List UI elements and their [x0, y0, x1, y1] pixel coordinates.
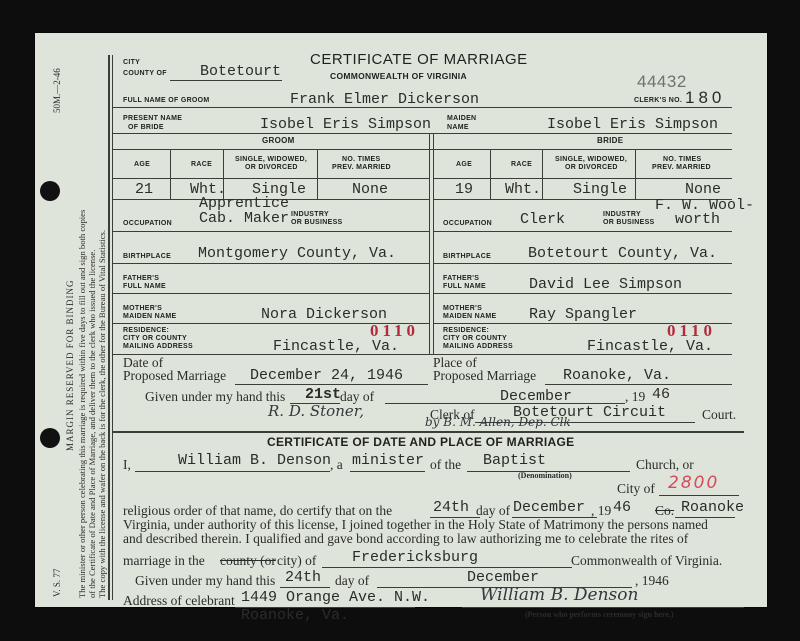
celebrant-name: William B. Denson [178, 452, 331, 469]
celebrant-signature: William B. Denson [480, 585, 638, 605]
groom-name-rule [112, 107, 732, 108]
bride-race-header: Race [511, 161, 532, 169]
county-label: County of [123, 70, 167, 78]
bride-father: David Lee Simpson [529, 276, 682, 293]
groom-industry-label-2: or Business [291, 219, 343, 227]
city-code: 2800 [668, 473, 719, 493]
bride-age-header: Age [456, 161, 472, 169]
groom-father-rule [112, 293, 429, 294]
bride-residence-label-2: City or County [443, 335, 507, 343]
ceremony-day: 24th [433, 499, 469, 516]
bride-mother: Ray Spangler [529, 306, 637, 323]
bride-father-label-2: Full Name [443, 283, 486, 291]
city-of-label: City of [617, 481, 655, 497]
bride-header-rule [433, 178, 732, 179]
bride-status-header: Single, Widowed, [555, 156, 627, 164]
bride-present-name: Isobel Eris Simpson [260, 116, 431, 133]
bride-residence-label: Residence: [443, 327, 489, 335]
bride-occupation-rule [433, 231, 732, 232]
margin-rule-inner [112, 55, 113, 600]
groom-col-1 [170, 149, 171, 199]
celebrant-title: minister [352, 452, 424, 469]
ceremony-title: Certificate of Date and Place of Marriag… [267, 435, 574, 449]
city-label: City [123, 59, 140, 67]
bride-occupation: Clerk [520, 211, 565, 228]
city-code-rule [659, 495, 739, 496]
groom-col-3 [317, 149, 318, 199]
groom-father-label-2: Full Name [123, 283, 166, 291]
binding-hole-top [40, 181, 60, 201]
commonwealth-label: Commonwealth of Virginia. [571, 553, 722, 569]
present-name-label-2: of Bride [128, 124, 164, 132]
bride-times-married: None [685, 181, 721, 198]
groom-times-header-2: Prev. Married [332, 164, 391, 172]
ceremony-given-prefix: Given under my hand this [135, 573, 275, 589]
center-divider [429, 133, 430, 355]
groom-age-header: Age [134, 161, 150, 169]
certificate-title: Certificate of Marriage [310, 51, 528, 68]
marriage-place: Fredericksburg [352, 549, 478, 566]
bride-industry-line2: worth [675, 211, 720, 228]
i-label: I, [123, 457, 131, 473]
groom-age: 21 [135, 181, 153, 198]
county-underline [170, 80, 282, 81]
clerks-no-value: 180 [685, 88, 725, 108]
bride-occupation-label: Occupation [443, 220, 492, 228]
of-the-label: of the [430, 457, 461, 473]
section-rule [112, 149, 732, 150]
county-or-strike: county (or [220, 553, 276, 569]
groom-residence-label: Residence: [123, 327, 169, 335]
bride-maiden-name: Isobel Eris Simpson [547, 116, 718, 133]
address-line-1: 1449 Orange Ave. N.W. [241, 589, 430, 606]
court-label: Court. [702, 407, 736, 423]
bride-age: 19 [455, 181, 473, 198]
given-day: 21st [305, 386, 341, 403]
center-divider-2 [433, 133, 434, 355]
bride-status-header-2: or Divorced [565, 164, 618, 172]
given-year-prefix: , 19 [625, 389, 645, 405]
date-rule [235, 384, 428, 385]
date-label-2: Proposed Marriage [123, 368, 226, 384]
given-month: December [500, 388, 572, 405]
deputy-signature: by B. M. Allen, Dep. Clk [425, 415, 571, 429]
bride-section-label: Bride [597, 137, 623, 145]
address-line-2: Roanoke, Va. [241, 607, 349, 624]
maiden-name-label-2: Name [447, 124, 469, 132]
ceremony-given-day: 24th [285, 569, 321, 586]
marriage-in-label: marriage in the [123, 553, 205, 569]
bride-mother-label-2: Maiden Name [443, 313, 496, 321]
groom-times-married: None [352, 181, 388, 198]
present-name-label: Present Name [123, 115, 182, 123]
groom-name-label: Full Name of Groom [123, 97, 210, 105]
maiden-name-label: Maiden [447, 115, 476, 123]
state-file-number: 44432 [637, 72, 687, 92]
proposed-date: December 24, 1946 [250, 367, 403, 384]
denomination: Baptist [483, 452, 546, 469]
a-label: , a [330, 457, 343, 473]
bride-times-header: No. Times [663, 156, 701, 164]
ceremony-year: 46 [613, 499, 631, 516]
given-prefix: Given under my hand this [145, 389, 285, 405]
bride-times-header-2: Prev. Married [652, 164, 711, 172]
ceremony-given-day-rule [280, 587, 330, 588]
groom-mother: Nora Dickerson [261, 306, 387, 323]
denomination-caption: (Denomination) [518, 471, 572, 480]
marriage-certificate: 50M.—2-46 V. S. 77 MARGIN RESERVED FOR B… [35, 33, 767, 607]
place-rule [545, 384, 732, 385]
form-code: 50M.—2-46 [52, 68, 62, 113]
bride-birthplace-label: Birthplace [443, 253, 491, 261]
binding-note: MARGIN RESERVED FOR BINDING [65, 279, 75, 451]
bride-col-2 [542, 149, 543, 199]
bride-industry-label: Industry [603, 211, 641, 219]
groom-full-name: Frank Elmer Dickerson [290, 91, 479, 108]
clerks-no-label: Clerk's No. [634, 97, 682, 105]
city-of-label-2: city) of [277, 553, 316, 569]
instruction-3: The copy with the license and wafer on t… [97, 230, 107, 598]
ceremony-given-year: , 1946 [635, 573, 669, 589]
signature-caption: (Person who performs ceremony sign here.… [525, 610, 674, 619]
groom-occupation-rule [112, 231, 429, 232]
vs-code: V. S. 77 [52, 569, 62, 597]
groom-occupation-label: Occupation [123, 220, 172, 228]
instruction-1: The minister or other person celebrating… [77, 210, 87, 598]
groom-times-header: No. Times [342, 156, 380, 164]
ceremony-given-day-of: day of [335, 573, 369, 589]
ceremony-county: Roanoke [681, 499, 744, 516]
bride-father-label: Father's [443, 275, 479, 283]
groom-residence-label-2: City or County [123, 335, 187, 343]
groom-birthplace: Montgomery County, Va. [198, 245, 396, 262]
bride-col-3 [635, 149, 636, 199]
groom-residence: Fincastle, Va. [273, 338, 399, 355]
groom-birthplace-rule [112, 263, 429, 264]
residence-rule [112, 354, 732, 355]
binding-hole-bottom [40, 428, 60, 448]
groom-section-label: Groom [262, 137, 295, 145]
proposed-place: Roanoke, Va. [563, 367, 671, 384]
bride-race: Wht. [505, 181, 541, 198]
groom-mother-label: Mother's [123, 305, 162, 313]
groom-industry-label: Industry [291, 211, 329, 219]
ceremony-line-3: and described therein. I qualified and g… [123, 531, 688, 547]
church-label: Church, or [636, 457, 694, 473]
given-year: 46 [652, 386, 670, 403]
section-divider [112, 431, 744, 433]
margin-rule [108, 55, 110, 600]
groom-header-rule [112, 178, 429, 179]
bride-status: Single [573, 181, 627, 198]
signature-rule [462, 607, 744, 608]
bride-birthplace-rule [433, 263, 732, 264]
groom-status-header: Single, Widowed, [235, 156, 307, 164]
groom-race-header: Race [191, 161, 212, 169]
ceremony-month: December [513, 499, 585, 516]
bride-father-rule [433, 293, 732, 294]
bride-birthplace: Botetourt County, Va. [528, 245, 717, 262]
bride-name-rule [112, 133, 732, 134]
bride-mother-label: Mother's [443, 305, 482, 313]
celebrant-rule [135, 471, 330, 472]
bride-col-1 [490, 149, 491, 199]
certificate-subtitle: Commonwealth of Virginia [330, 71, 467, 81]
bride-industry-label-2: or Business [603, 219, 655, 227]
groom-mother-label-2: Maiden Name [123, 313, 176, 321]
bride-residence: Fincastle, Va. [587, 338, 713, 355]
groom-occupation-line2: Cab. Maker [199, 210, 289, 227]
clerk-signature: R. D. Stoner, [268, 402, 364, 420]
marriage-place-rule [322, 567, 572, 568]
county-value: Botetourt [200, 63, 281, 80]
groom-father-label: Father's [123, 275, 159, 283]
instruction-2: of the Certificate of Date and Place of … [87, 250, 97, 598]
ceremony-given-month: December [467, 569, 539, 586]
bride-residence-label-3: Mailing Address [443, 343, 513, 351]
groom-birthplace-label: Birthplace [123, 253, 171, 261]
place-label-2: Proposed Marriage [433, 368, 536, 384]
groom-residence-label-3: Mailing Address [123, 343, 193, 351]
title-rule [350, 471, 425, 472]
groom-status-header-2: or Divorced [245, 164, 298, 172]
address-label: Address of celebrant [123, 593, 235, 609]
